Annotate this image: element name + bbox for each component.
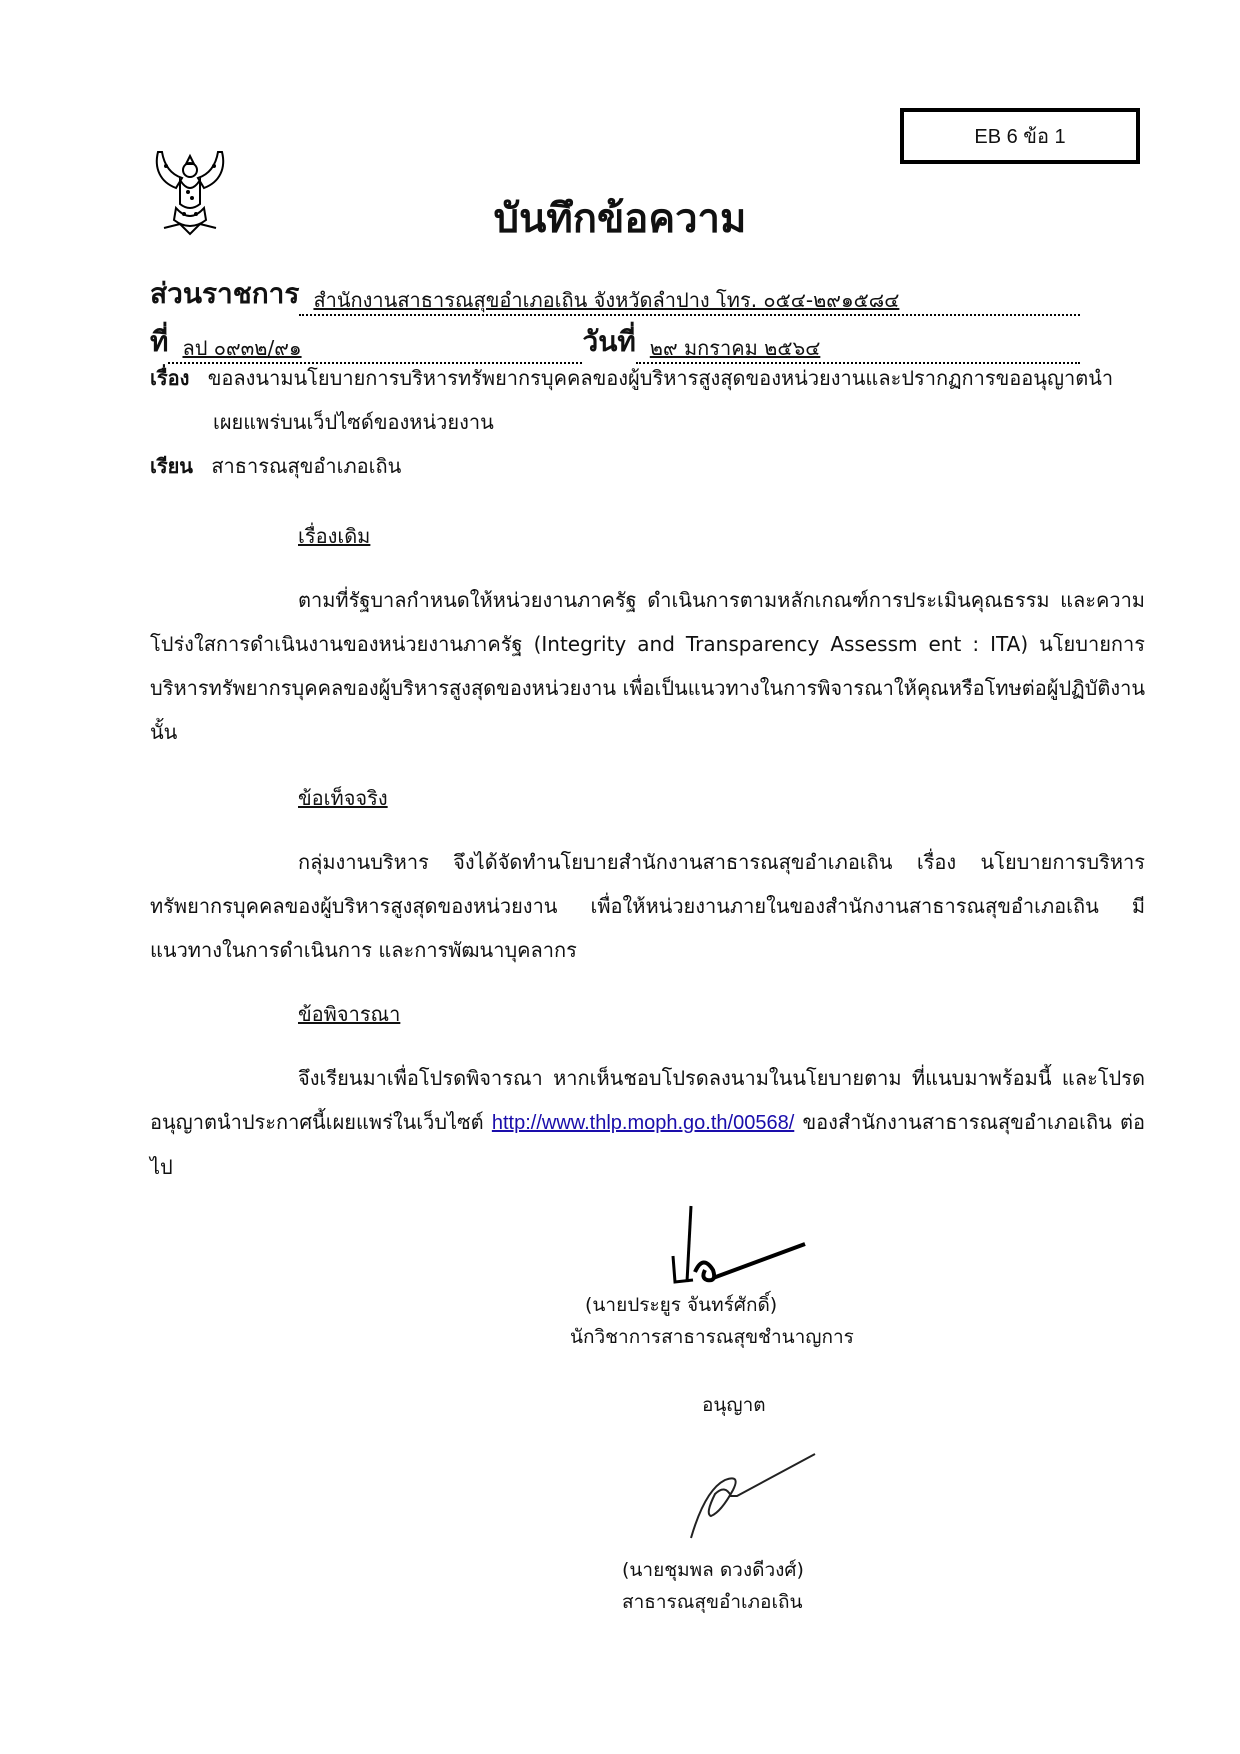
author-signature xyxy=(665,1200,815,1300)
to-value: สาธารณสุขอำเภอเถิน xyxy=(211,454,401,478)
to-line: เรียน สาธารณสุขอำเภอเถิน xyxy=(150,452,1145,480)
author-name: (นายประยูร จันทร์ศักดิ์) xyxy=(585,1290,777,1320)
ref-value: ลป ๐๙๓๒/๙๑ xyxy=(168,334,582,364)
subject-value-1: ขอลงนามนโยบายการบริหารทรัพยากรบุคคลของผู… xyxy=(208,366,1113,390)
facts-paragraph: กลุ่มงานบริหาร จึงได้จัดทำนโยบายสำนักงาน… xyxy=(150,840,1145,972)
subject-value-2: เผยแพร่บนเว็ปไซด์ของหน่วยงาน xyxy=(213,408,1208,436)
reference-code: EB 6 ข้อ 1 xyxy=(974,120,1065,152)
department-label: ส่วนราชการ xyxy=(150,272,299,316)
background-heading: เรื่องเดิม xyxy=(298,520,370,552)
subject-label: เรื่อง xyxy=(150,366,189,390)
approver-signature xyxy=(685,1450,825,1550)
to-label: เรียน xyxy=(150,454,193,478)
department-row: ส่วนราชการ สำนักงานสาธารณสุขอำเภอเถิน จั… xyxy=(150,272,1080,316)
ref-date-row: ที่ ลป ๐๙๓๒/๙๑ วันที่ ๒๙ มกราคม ๒๕๖๔ xyxy=(150,320,1080,364)
website-link[interactable]: http://www.thlp.moph.go.th/00568/ xyxy=(492,1112,794,1134)
ref-label: ที่ xyxy=(150,320,168,364)
background-text: ตามที่รัฐบาลกำหนดให้หน่วยงานภาครัฐ ดำเนิ… xyxy=(150,588,1145,744)
consideration-paragraph: จึงเรียนมาเพื่อโปรดพิจารณา หากเห็นชอบโปร… xyxy=(150,1056,1145,1189)
department-value: สำนักงานสาธารณสุขอำเภอเถิน จังหวัดลำปาง … xyxy=(299,286,1080,316)
date-label: วันที่ xyxy=(582,320,635,364)
approver-name: (นายชุมพล ดวงดีวงศ์) xyxy=(622,1555,804,1585)
consideration-heading: ข้อพิจารณา xyxy=(298,998,400,1030)
page-title: บันทึกข้อความ xyxy=(0,186,1240,250)
reference-box: EB 6 ข้อ 1 xyxy=(900,108,1140,164)
date-value: ๒๙ มกราคม ๒๕๖๔ xyxy=(636,334,1080,364)
facts-heading: ข้อเท็จจริง xyxy=(298,782,388,814)
author-position: นักวิชาการสาธารณสุขชำนาญการ xyxy=(570,1322,854,1352)
approval-text: อนุญาต xyxy=(702,1390,766,1420)
background-paragraph: ตามที่รัฐบาลกำหนดให้หน่วยงานภาครัฐ ดำเนิ… xyxy=(150,578,1145,754)
approver-position: สาธารณสุขอำเภอเถิน xyxy=(622,1587,802,1617)
subject-line-1: เรื่อง ขอลงนามนโยบายการบริหารทรัพยากรบุค… xyxy=(150,364,1145,392)
facts-text: กลุ่มงานบริหาร จึงได้จัดทำนโยบายสำนักงาน… xyxy=(150,850,1145,962)
